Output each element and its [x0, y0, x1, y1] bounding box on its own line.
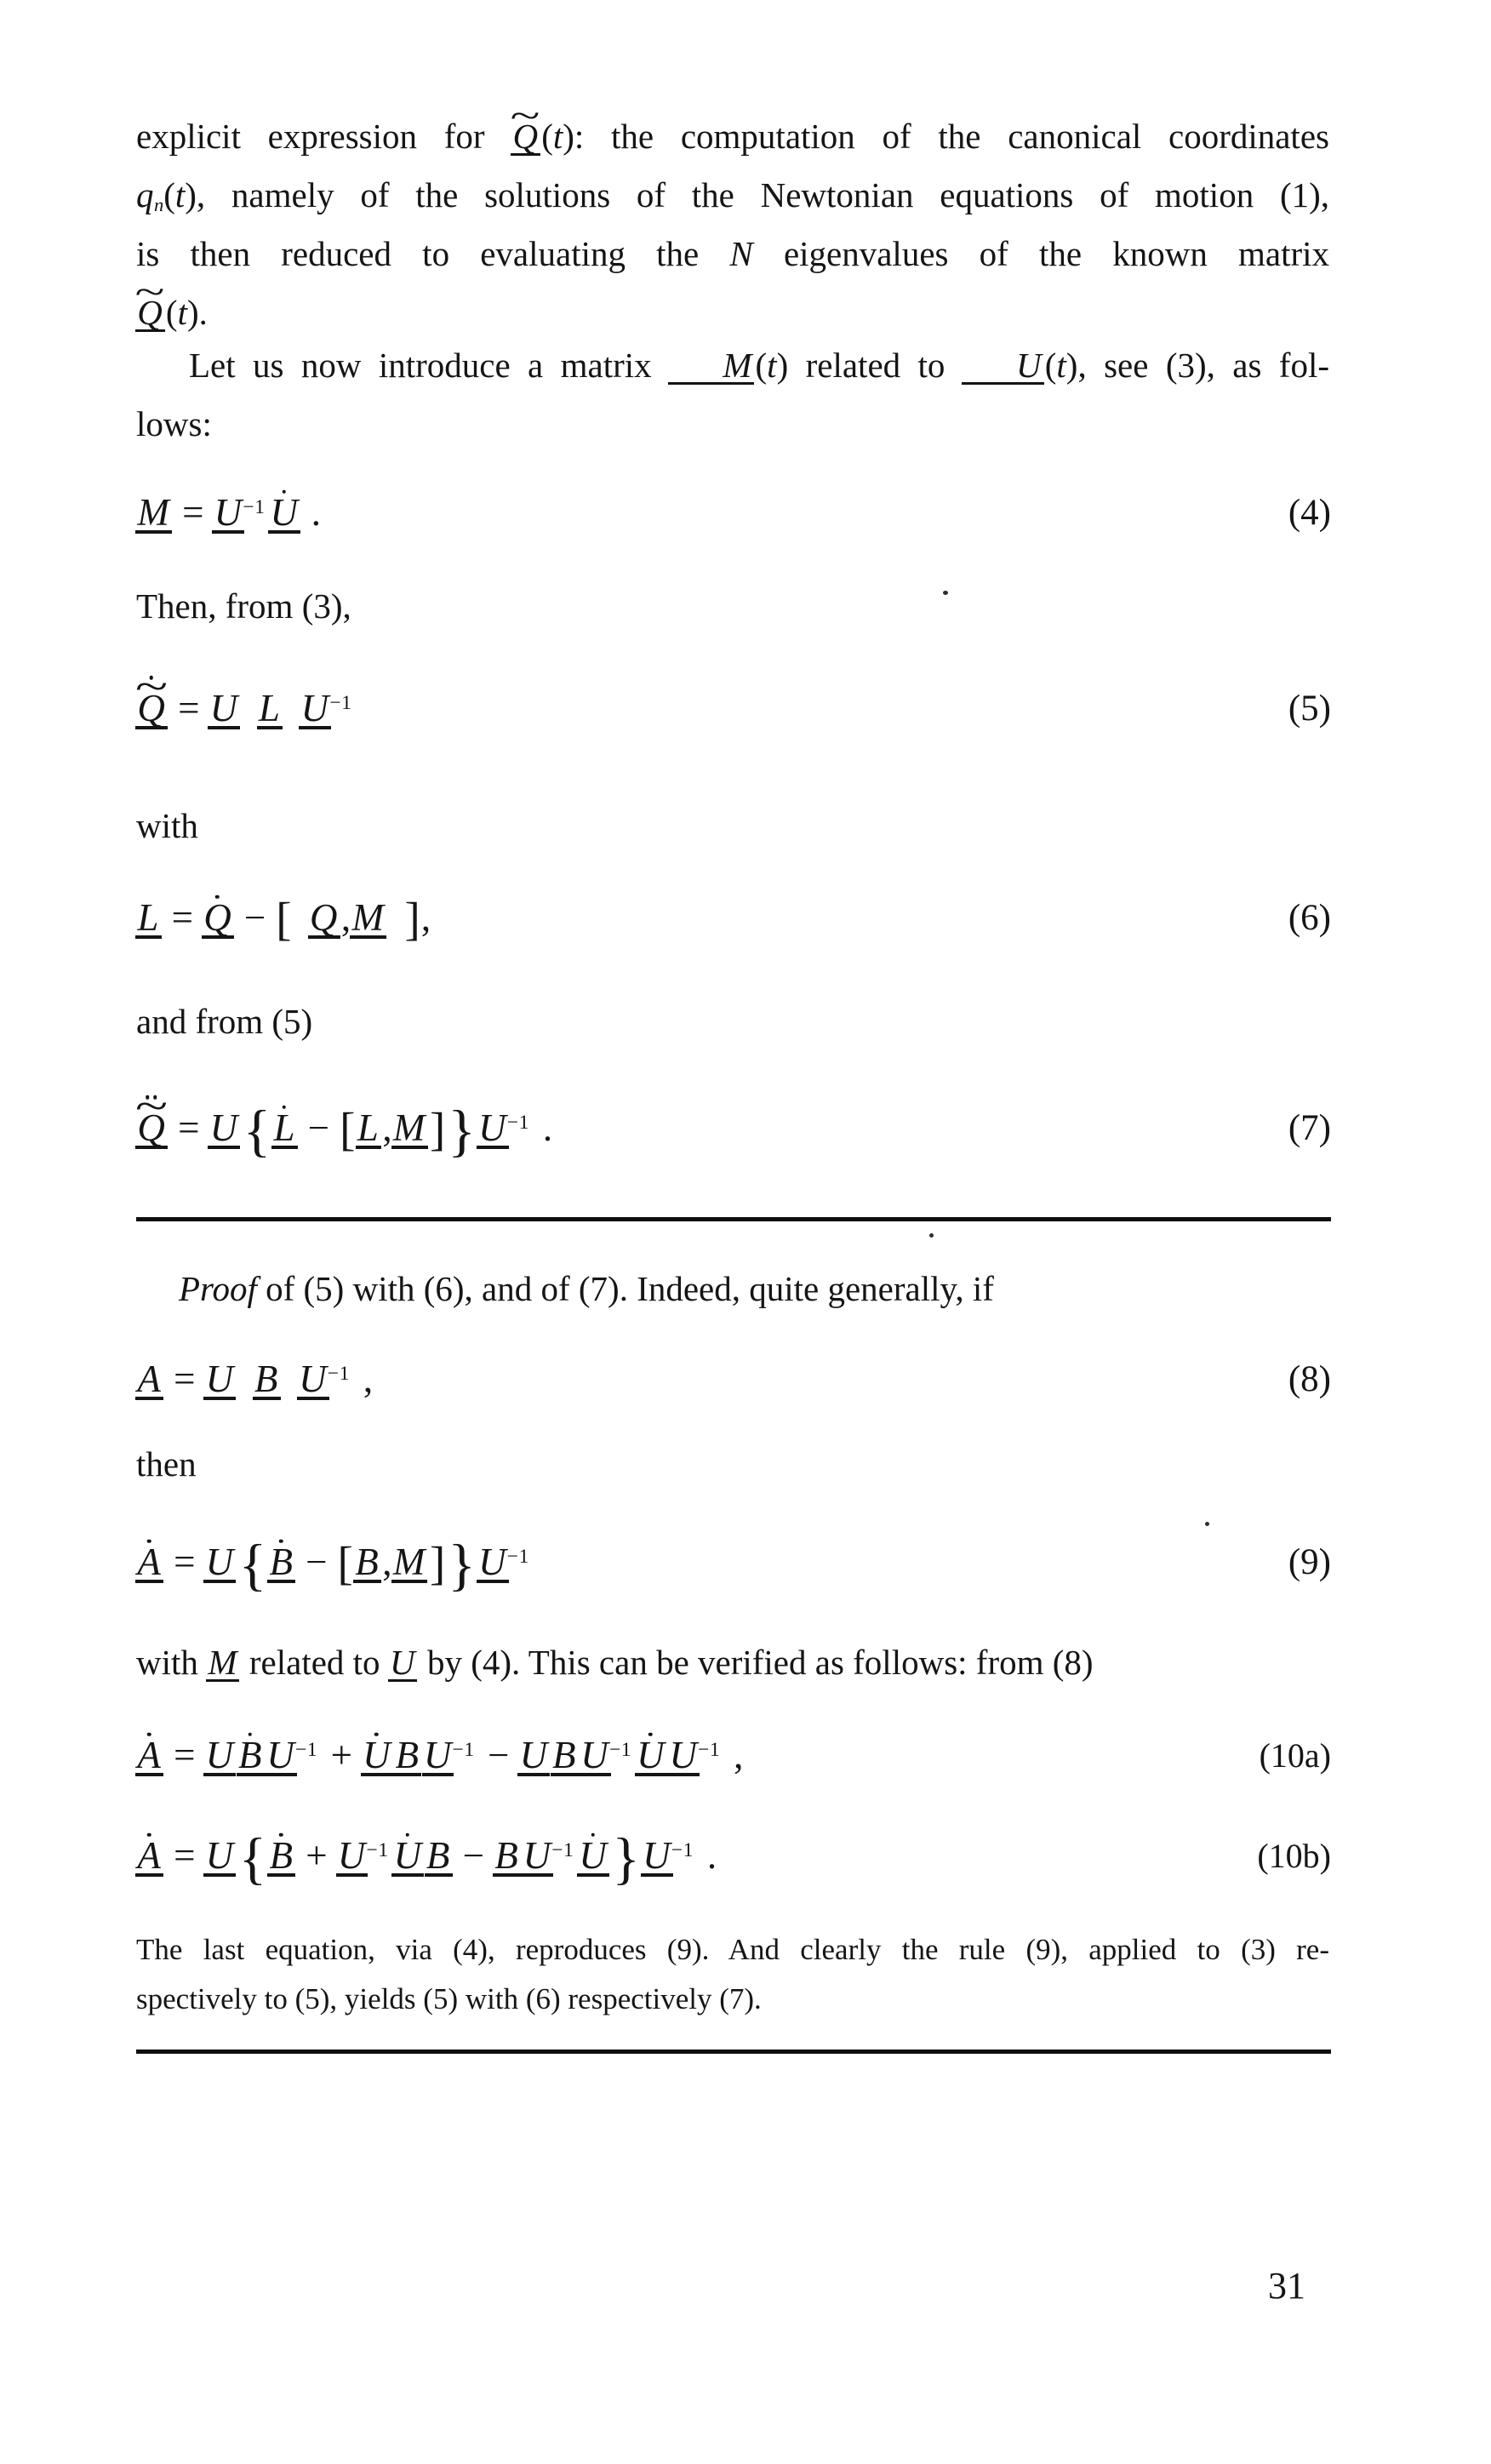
text-run: . — [301, 491, 321, 534]
matrix-underline — [203, 1773, 236, 1775]
equation-10b: A=U{B+U−1UB−BU−1U}U−1 .(10b) — [136, 1831, 1331, 1881]
text-run: , — [354, 1358, 374, 1400]
matrix-symbol: U — [637, 1734, 665, 1776]
matrix-underline — [350, 935, 386, 938]
matrix-symbol: U−1 — [478, 1106, 529, 1149]
para2-line2: lows: — [136, 402, 1329, 447]
matrix-letter: U — [206, 1543, 234, 1581]
matrix-symbol: B — [552, 1734, 576, 1776]
matrix-letter: U — [963, 348, 1042, 383]
text-run: related to — [241, 1643, 389, 1682]
equation-number: (4) — [1288, 489, 1331, 537]
math-variable: Proof — [179, 1269, 257, 1308]
matrix-underline — [477, 1580, 509, 1582]
matrix-symbol: B — [269, 1541, 293, 1583]
para1-line2: qn(t), namely of the solutions of the Ne… — [136, 173, 1329, 218]
matrix-symbol: L — [259, 687, 280, 729]
matrix-underline — [265, 1773, 297, 1775]
accent-dot-mark — [279, 1833, 283, 1838]
accent-dot-mark — [374, 1733, 379, 1737]
para1-line3: is then reduced to evaluating the N eige… — [136, 232, 1329, 277]
brace: } — [612, 1827, 639, 1890]
text-run: by (4). This can be verified as follows:… — [419, 1643, 1094, 1682]
matrix-symbol: U — [206, 1734, 234, 1776]
bracket: [ — [338, 1537, 353, 1589]
equation-7: Q~=U{L−[L,M]}U−1 .(7) — [136, 1103, 1331, 1153]
matrix-symbol: M — [393, 1541, 426, 1583]
matrix-letter: U — [669, 1736, 697, 1775]
accent-dot — [147, 1540, 151, 1544]
matrix-symbol: U — [270, 491, 298, 534]
line-body: The last equation, via (4), reproduces (… — [136, 1933, 1329, 1966]
matrix-symbol: A — [137, 1734, 161, 1776]
text-run: ( — [166, 293, 178, 332]
matrix-symbol: U — [579, 1834, 607, 1877]
superscript: −1 — [366, 1839, 388, 1861]
operator: = — [174, 1734, 195, 1776]
text-run: ), namely of the solutions of the Newton… — [185, 175, 1329, 214]
matrix-underline — [257, 726, 283, 729]
accent-dot — [248, 1733, 253, 1737]
matrix-symbol: U−1 — [478, 1541, 529, 1583]
matrix-underline — [635, 1773, 667, 1775]
operator: − — [306, 1541, 327, 1583]
accent-dot-mark — [406, 1833, 410, 1838]
accent-dot-mark — [279, 1540, 283, 1544]
accent-dot-mark — [282, 490, 286, 495]
text-run: , — [421, 896, 431, 939]
accent-dot — [282, 490, 286, 495]
operator: − — [308, 1106, 329, 1149]
bracket: ] — [430, 1103, 445, 1155]
matrix-letter: U — [580, 1736, 608, 1775]
matrix-underline — [336, 1873, 368, 1876]
accent-tildedot — [149, 676, 153, 680]
horizontal-rule — [136, 2050, 1331, 2054]
text-run: eigenvalues of the known matrix — [753, 234, 1329, 273]
line-body: explicit expression for Q~(t): the compu… — [136, 117, 1329, 156]
text-run: Let us now introduce a matrix — [189, 346, 669, 385]
equation-4: M=U−1U .(4) — [136, 488, 1331, 538]
matrix-underline — [212, 530, 244, 533]
matrix-symbol: U−1 — [338, 1834, 389, 1877]
operator: = — [182, 491, 203, 534]
matrix-underline — [551, 1773, 579, 1775]
equation-body: A=U{B+U−1UB−BU−1U}U−1 . — [136, 1834, 717, 1877]
matrix-underline — [422, 1773, 454, 1775]
math-variable: qn — [136, 175, 163, 214]
math-variable: t — [175, 175, 185, 214]
matrix-letter: M — [137, 494, 169, 532]
matrix-symbol: U−1 — [301, 687, 352, 729]
matrix-symbol: U — [963, 346, 1042, 385]
matrix-letter: A — [137, 1360, 161, 1398]
matrix-underline — [268, 530, 300, 533]
matrix-underline — [667, 1773, 700, 1775]
text-run: and from (5) — [136, 1002, 312, 1041]
matrix-underline — [135, 1873, 163, 1876]
text-run: ( — [1045, 346, 1057, 385]
matrix-underline — [202, 935, 234, 938]
matrix-symbol: B — [254, 1358, 278, 1400]
equation-body: Q~=ULU−1 — [136, 687, 356, 729]
equation-body: Q~=U{L−[L,M]}U−1 . — [136, 1106, 552, 1149]
matrix-letter: U — [478, 1543, 506, 1581]
text-run: is then reduced to evaluating the — [136, 234, 729, 273]
matrix-underline — [253, 1397, 281, 1399]
matrix-symbol: L — [273, 1106, 294, 1149]
matrix-letter: U — [478, 1109, 506, 1147]
matrix-symbol: U — [210, 1106, 238, 1149]
line-body: with M related to U by (4). This can be … — [136, 1643, 1094, 1682]
matrix-letter: U — [579, 1837, 607, 1875]
matrix-underline — [962, 382, 1044, 385]
matrix-underline — [267, 1580, 295, 1582]
matrix-symbol: U — [390, 1643, 415, 1682]
matrix-underline — [517, 1773, 550, 1775]
text-run: of (5) with (6), and of (7). Indeed, qui… — [257, 1269, 994, 1308]
brace: { — [239, 1827, 266, 1890]
accent-dot-mark — [147, 1833, 151, 1838]
matrix-letter: B — [426, 1837, 450, 1875]
matrix-underline — [391, 1146, 428, 1148]
equation-number: (9) — [1288, 1539, 1331, 1586]
line-body: qn(t), namely of the solutions of the Ne… — [136, 175, 1329, 214]
para2-line1: Let us now introduce a matrix M(t) relat… — [136, 343, 1329, 388]
accent-dot-mark — [147, 1733, 151, 1737]
bracket: [ — [340, 1103, 355, 1155]
superscript: −1 — [507, 1546, 529, 1568]
equation-10a: A=UBU−1+UBU−1−UBU−1UU−1 ,(10a) — [136, 1730, 1331, 1781]
bracket: [ — [276, 893, 291, 945]
matrix-underline — [135, 329, 165, 332]
accent-dot-mark — [147, 1540, 151, 1544]
matrix-symbol: U — [206, 1541, 234, 1583]
equation-body: M=U−1U . — [136, 491, 321, 534]
equation-9: A=U{B−[B,M]}U−1(9) — [136, 1537, 1331, 1587]
superscript: −1 — [328, 1363, 350, 1385]
matrix-underline — [299, 726, 331, 729]
matrix-symbol: L — [137, 896, 158, 939]
matrix-letter: A — [137, 1543, 161, 1581]
matrix-letter: Q~ — [137, 1109, 165, 1147]
matrix-letter: A — [137, 1837, 161, 1875]
matrix-letter: Q~ — [513, 119, 539, 154]
matrix-underline — [135, 726, 168, 729]
accent-dot — [279, 1540, 283, 1544]
equation-number: (5) — [1288, 685, 1331, 733]
matrix-symbol: U — [206, 1834, 234, 1877]
matrix-underline — [577, 1873, 609, 1876]
text-run: ): the computation of the canonical coor… — [563, 117, 1329, 156]
equation-number: (10b) — [1257, 1834, 1331, 1878]
matrix-letter: B — [238, 1736, 262, 1775]
matrix-letter: L — [137, 899, 158, 937]
matrix-underline — [361, 1773, 393, 1775]
equation-number: (8) — [1288, 1356, 1331, 1404]
superscript: −1 — [295, 1739, 317, 1761]
matrix-symbol: Q~ — [137, 293, 163, 332]
matrix-letter: U — [394, 1837, 422, 1875]
operator: − — [463, 1834, 484, 1877]
matrix-symbol: U−1 — [523, 1834, 574, 1877]
subscript: n — [154, 194, 163, 215]
text-run: ) related to — [777, 346, 963, 385]
equation-5: Q~=ULU−1(5) — [136, 683, 1331, 734]
matrix-underline — [297, 1397, 329, 1399]
matrix-letter: Q~ — [137, 689, 165, 728]
line-body: Proof of (5) with (6), and of (7). Indee… — [179, 1269, 994, 1308]
matrix-letter: U — [390, 1645, 415, 1680]
document-page: explicit expression for Q~(t): the compu… — [0, 0, 1491, 2464]
matrix-letter: M — [393, 1109, 426, 1147]
matrix-letter: M — [670, 348, 751, 383]
accent-dot — [591, 1833, 595, 1838]
line-body: with — [136, 806, 198, 845]
operator: + — [331, 1734, 352, 1776]
matrix-underline — [477, 1146, 509, 1148]
text-run: The last equation, via (4), reproduces (… — [136, 1933, 1329, 1966]
horizontal-rule — [136, 1217, 1331, 1221]
accent-dot — [279, 1833, 283, 1838]
brace: { — [243, 1099, 271, 1163]
brace: { — [239, 1533, 266, 1597]
text-run: with — [136, 806, 198, 845]
accent-dot-mark — [591, 1833, 595, 1838]
matrix-symbol: A — [137, 1541, 161, 1583]
matrix-underline — [393, 1773, 421, 1775]
equation-number: (6) — [1288, 895, 1331, 942]
and-from-5: and from (5) — [136, 999, 1329, 1044]
operator: = — [172, 896, 193, 939]
matrix-letter: A — [137, 1736, 161, 1775]
matrix-letter: B — [269, 1837, 293, 1875]
scan-speck — [943, 591, 948, 595]
equation-body: A=U{B−[B,M]}U−1 — [136, 1541, 534, 1583]
line-body: Let us now introduce a matrix M(t) relat… — [189, 346, 1329, 385]
matrix-letter: B — [494, 1837, 518, 1875]
matrix-symbol: M — [393, 1106, 426, 1149]
operator: − — [244, 896, 266, 939]
matrix-underline — [135, 1146, 168, 1148]
matrix-letter: U — [643, 1837, 671, 1875]
equation-body: L=Q−[Q,M], — [136, 896, 431, 939]
matrix-underline — [135, 1773, 163, 1775]
matrix-letter: M — [351, 899, 384, 937]
text-run: explicit expression for — [136, 117, 511, 156]
matrix-letter: U — [523, 1837, 551, 1875]
brace: } — [448, 1533, 475, 1597]
text-run: ), see (3), as fol- — [1066, 346, 1329, 385]
matrix-symbol: B — [426, 1834, 450, 1877]
superscript: −1 — [671, 1839, 694, 1861]
operator: − — [488, 1734, 509, 1776]
matrix-letter: L — [357, 1109, 379, 1147]
matrix-symbol: U — [394, 1834, 422, 1877]
superscript: −1 — [452, 1739, 474, 1761]
accent-dot — [374, 1733, 379, 1737]
text-run: then — [136, 1444, 197, 1484]
proof-lead-in: Proof of (5) with (6), and of (7). Indee… — [136, 1266, 1329, 1312]
equation-body: A=UBU−1+UBU−1−UBU−1UU−1 , — [136, 1734, 743, 1776]
text-run: ( — [756, 346, 768, 385]
superscript: −1 — [551, 1839, 574, 1861]
math-variable: t — [553, 117, 563, 156]
math-variable: t — [767, 346, 776, 385]
matrix-underline — [267, 1873, 295, 1876]
operator: = — [178, 687, 199, 729]
line-body: and from (5) — [136, 1002, 312, 1041]
matrix-letter: U — [210, 1109, 238, 1147]
matrix-underline — [206, 1679, 239, 1682]
matrix-letter: U — [206, 1360, 234, 1398]
matrix-underline — [135, 530, 172, 533]
matrix-symbol: Q — [310, 896, 338, 939]
text-run: ( — [163, 175, 175, 214]
matrix-underline — [579, 1773, 611, 1775]
text-run: lows: — [136, 404, 212, 443]
accent-dot-mark — [146, 1095, 150, 1100]
para1-line1: explicit expression for Q~(t): the compu… — [136, 114, 1329, 159]
matrix-letter: U — [266, 1736, 294, 1775]
text-run: . — [534, 1106, 553, 1149]
accent-dot-mark — [248, 1733, 253, 1737]
matrix-letter: Q — [310, 899, 338, 937]
matrix-letter: U — [520, 1736, 548, 1775]
matrix-letter: B — [254, 1360, 278, 1398]
matrix-symbol: U−1 — [266, 1734, 317, 1776]
matrix-letter: U — [299, 1360, 327, 1398]
matrix-symbol: U−1 — [580, 1734, 631, 1776]
matrix-letter: L — [273, 1109, 294, 1147]
matrix-symbol: A — [137, 1834, 161, 1877]
operator: = — [174, 1834, 195, 1877]
matrix-underline — [391, 1873, 424, 1876]
then-lead-in: then — [136, 1442, 1329, 1487]
accent-dot — [648, 1733, 653, 1737]
equation-6: L=Q−[Q,M],(6) — [136, 893, 1331, 943]
matrix-symbol: M — [137, 491, 169, 534]
operator: = — [174, 1358, 195, 1400]
matrix-symbol: A — [137, 1358, 161, 1400]
matrix-underline — [208, 726, 240, 729]
matrix-underline — [511, 153, 540, 156]
matrix-symbol: U — [206, 1358, 234, 1400]
with-M-related: with M related to U by (4). This can be … — [136, 1640, 1329, 1685]
text-run: with — [136, 1643, 207, 1682]
matrix-letter: B — [269, 1543, 293, 1581]
matrix-underline — [135, 935, 161, 938]
matrix-symbol: M — [670, 346, 751, 385]
matrix-letter: U — [214, 494, 243, 532]
matrix-symbol: Q — [203, 896, 231, 939]
matrix-underline — [135, 1580, 163, 1582]
matrix-letter: U — [206, 1736, 234, 1775]
text-run: , — [724, 1734, 744, 1776]
with-lead-in: with — [136, 803, 1329, 849]
matrix-letter: L — [259, 689, 280, 728]
matrix-underline — [203, 1873, 236, 1876]
matrix-symbol: U — [363, 1734, 391, 1776]
matrix-symbol: B — [494, 1834, 518, 1877]
matrix-symbol: Q~ — [137, 687, 165, 729]
text-run: , — [341, 896, 351, 939]
matrix-letter: U — [301, 689, 329, 728]
matrix-underline — [521, 1873, 553, 1876]
superscript: −1 — [609, 1739, 631, 1761]
matrix-underline — [203, 1397, 236, 1399]
matrix-underline — [203, 1580, 236, 1582]
accent-dot — [283, 1106, 287, 1110]
line-body: lows: — [136, 404, 212, 443]
matrix-symbol: Q~ — [137, 1106, 165, 1149]
matrix-letter: U — [270, 494, 298, 532]
matrix-symbol: U−1 — [424, 1734, 475, 1776]
matrix-underline — [353, 1580, 381, 1582]
operator: = — [178, 1106, 199, 1149]
matrix-symbol: U — [520, 1734, 548, 1776]
matrix-symbol: U−1 — [669, 1734, 720, 1776]
accent-dot — [406, 1833, 410, 1838]
math-variable: t — [1056, 346, 1065, 385]
accent-dot-mark — [149, 676, 153, 680]
matrix-letter: U — [424, 1736, 452, 1775]
matrix-symbol: L — [357, 1106, 379, 1149]
text-run: ). — [187, 293, 208, 332]
matrix-underline — [425, 1873, 453, 1876]
closing-para-line1: The last equation, via (4), reproduces (… — [136, 1930, 1329, 1969]
closing-para-line2: spectively to (5), yields (5) with (6) r… — [136, 1980, 1329, 2019]
text-run: . — [698, 1834, 717, 1877]
equation-8: A=UBU−1 ,(8) — [136, 1354, 1331, 1404]
matrix-letter: M — [393, 1543, 426, 1581]
line-body: Q~(t). — [136, 293, 208, 332]
matrix-letter: U — [210, 689, 238, 728]
brace: } — [448, 1099, 475, 1163]
matrix-letter: B — [355, 1543, 379, 1581]
accent-dot-mark — [648, 1733, 653, 1737]
matrix-symbol: U — [210, 687, 238, 729]
para1-line4: Q~(t). — [136, 290, 1329, 335]
matrix-underline — [237, 1773, 265, 1775]
scan-speck — [1205, 1522, 1209, 1526]
matrix-underline — [208, 1146, 240, 1148]
accent-dot — [147, 1733, 151, 1737]
line-body: is then reduced to evaluating the N eige… — [136, 234, 1329, 273]
text-run: Then, from (3), — [136, 586, 351, 626]
matrix-letter: U — [338, 1837, 366, 1875]
line-body: Then, from (3), — [136, 586, 351, 626]
accent-tildeddot — [146, 1095, 157, 1100]
text-run: , — [382, 1541, 391, 1583]
matrix-symbol: B — [395, 1734, 419, 1776]
matrix-symbol: B — [238, 1734, 262, 1776]
accent-dot — [147, 1833, 151, 1838]
matrix-letter: Q~ — [137, 295, 163, 330]
math-variable: N — [729, 234, 752, 273]
accent-dot-mark — [283, 1106, 287, 1110]
superscript: −1 — [329, 692, 351, 714]
matrix-letter: Q — [203, 899, 231, 937]
matrix-underline — [388, 1679, 418, 1682]
matrix-symbol: B — [355, 1541, 379, 1583]
operator: + — [306, 1834, 327, 1877]
matrix-symbol: Q~ — [513, 117, 539, 156]
equation-body: A=UBU−1 , — [136, 1358, 373, 1400]
matrix-letter: U — [206, 1837, 234, 1875]
math-variable: t — [178, 293, 187, 332]
matrix-underline — [271, 1146, 297, 1148]
